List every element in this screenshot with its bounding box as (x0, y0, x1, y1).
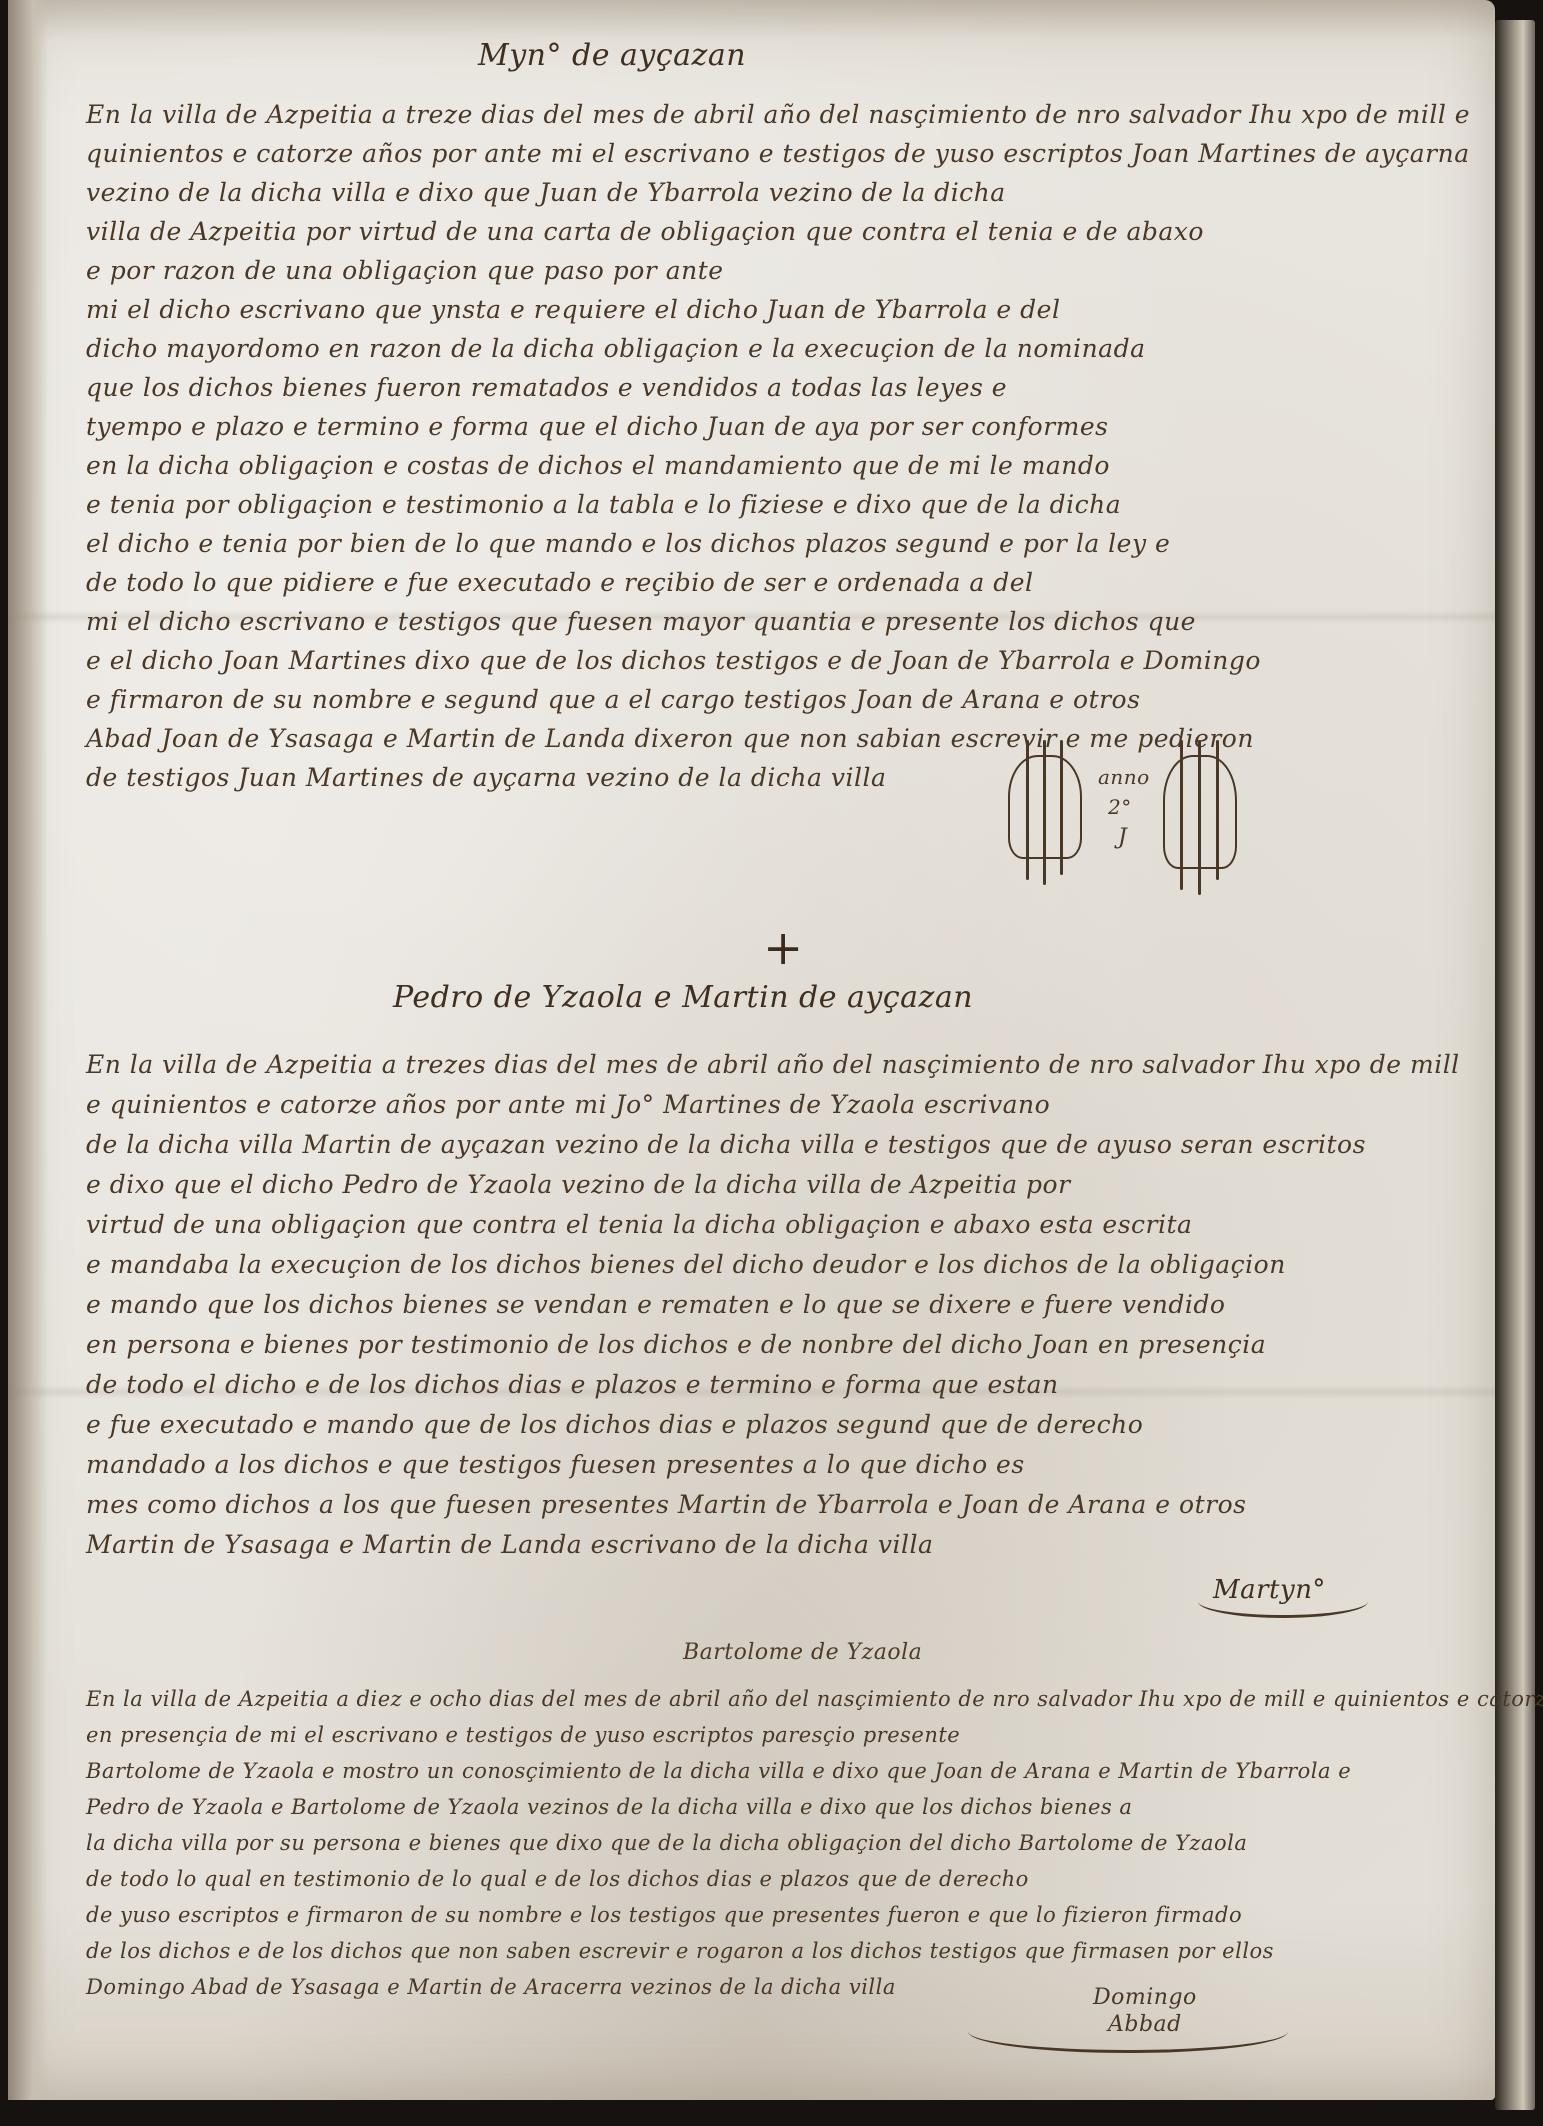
entry-2-heading: Pedro de Yzaola e Martin de ayçazan (393, 980, 973, 1015)
entry-2-line: virtud de una obligaçion que contra el t… (86, 1205, 1192, 1244)
entry-3-line: Pedro de Yzaola e Bartolome de Yzaola ve… (86, 1788, 1132, 1827)
entry-3-line: de todo lo qual en testimonio de lo qual… (86, 1860, 1029, 1899)
entry-3-line: de los dichos e de los dichos que non sa… (86, 1932, 1274, 1971)
entry-1-line: de todo lo que pidiere e fue executado e… (86, 563, 1034, 602)
entry-1-line: quinientos e catorze años por ante mi el… (86, 134, 1470, 173)
entry-3-line: en presençia de mi el escrivano e testig… (86, 1716, 960, 1755)
entry-1-line: vezino de la dicha villa e dixo que Juan… (86, 173, 1006, 212)
notarial-sign-text: J (1118, 825, 1127, 850)
notarial-sign-stroke (1026, 740, 1029, 880)
cross-mark: + (763, 920, 804, 976)
notarial-sign-stroke (1043, 740, 1046, 885)
entry-2-line: Martin de Ysasaga e Martin de Landa escr… (86, 1525, 933, 1564)
entry-3-margin-note: Bartolome de Yzaola (683, 1640, 922, 1665)
entry-1-line: e firmaron de su nombre e segund que a e… (86, 680, 1140, 719)
entry-1-line: en la dicha obligaçion e costas de dicho… (86, 446, 1110, 485)
entry-1-line: tyempo e plazo e termino e forma que el … (86, 407, 1108, 446)
entry-3-line: Bartolome de Yzaola e mostro un conosçim… (86, 1752, 1351, 1791)
entry-2-line: e fue executado e mando que de los dicho… (86, 1405, 1143, 1444)
signature-domingo: Domingo (1093, 1985, 1197, 2010)
notarial-sign-stroke (1180, 740, 1183, 890)
entry-2-line: e quinientos e catorze años por ante mi … (86, 1085, 1050, 1124)
scan-background: Myn° de ayçazan En la villa de Azpeitia … (0, 0, 1543, 2126)
adjacent-leaf-edge (1495, 20, 1535, 2110)
manuscript-page: Myn° de ayçazan En la villa de Azpeitia … (8, 0, 1495, 2100)
entry-1-line: mi el dicho escrivano e testigos que fue… (86, 602, 1196, 641)
entry-1-line: el dicho e tenia por bien de lo que mand… (86, 524, 1170, 563)
entry-1-heading: Myn° de ayçazan (478, 38, 746, 73)
notarial-sign-stroke (1198, 740, 1201, 895)
notarial-sign-stroke (1216, 740, 1219, 880)
entry-1-line: mi el dicho escrivano que ynsta e requie… (86, 290, 1060, 329)
page-binding-edge (8, 0, 48, 2100)
entry-2-line: e dixo que el dicho Pedro de Yzaola vezi… (86, 1165, 1071, 1204)
signature-flourish (1198, 1585, 1368, 1618)
entry-3-line: En la villa de Azpeitia a diez e ocho di… (86, 1680, 1543, 1719)
entry-2-line: e mandaba la execuçion de los dichos bie… (86, 1245, 1286, 1284)
entry-1-line: e tenia por obligaçion e testimonio a la… (86, 485, 1121, 524)
entry-2-line: de todo el dicho e de los dichos dias e … (86, 1365, 1059, 1404)
entry-1-line: de testigos Juan Martines de ayçarna vez… (86, 758, 886, 797)
entry-1-line: dicho mayordomo en razon de la dicha obl… (86, 329, 1146, 368)
notarial-sign: anno 2° J (1008, 735, 1248, 885)
entry-1-line: que los dichos bienes fueron rematados e… (86, 368, 1007, 407)
entry-1-line: e el dicho Joan Martines dixo que de los… (86, 641, 1261, 680)
entry-2-line: de la dicha villa Martin de ayçazan vezi… (86, 1125, 1366, 1164)
entry-1-line: En la villa de Azpeitia a treze dias del… (86, 95, 1470, 134)
entry-2-line: mes como dichos a los que fuesen present… (86, 1485, 1246, 1524)
entry-3-line: la dicha villa por su persona e bienes q… (86, 1824, 1247, 1863)
signature-flourish (968, 2010, 1288, 2053)
notarial-sign-stroke (1060, 740, 1063, 875)
entry-2-line: e mando que los dichos bienes se vendan … (86, 1285, 1225, 1324)
entry-2-line: En la villa de Azpeitia a trezes dias de… (86, 1045, 1460, 1084)
entry-3-line: de yuso escriptos e firmaron de su nombr… (86, 1896, 1242, 1935)
entry-2-line: mandado a los dichos e que testigos fues… (86, 1445, 1025, 1484)
entry-1-line: villa de Azpeitia por virtud de una cart… (86, 212, 1204, 251)
entry-3-line: Domingo Abad de Ysasaga e Martin de Arac… (86, 1968, 896, 2007)
notarial-sign-text: anno (1098, 765, 1150, 789)
entry-1-line: e por razon de una obligaçion que paso p… (86, 251, 724, 290)
notarial-sign-text: 2° (1108, 795, 1132, 819)
entry-2-line: en persona e bienes por testimonio de lo… (86, 1325, 1266, 1364)
